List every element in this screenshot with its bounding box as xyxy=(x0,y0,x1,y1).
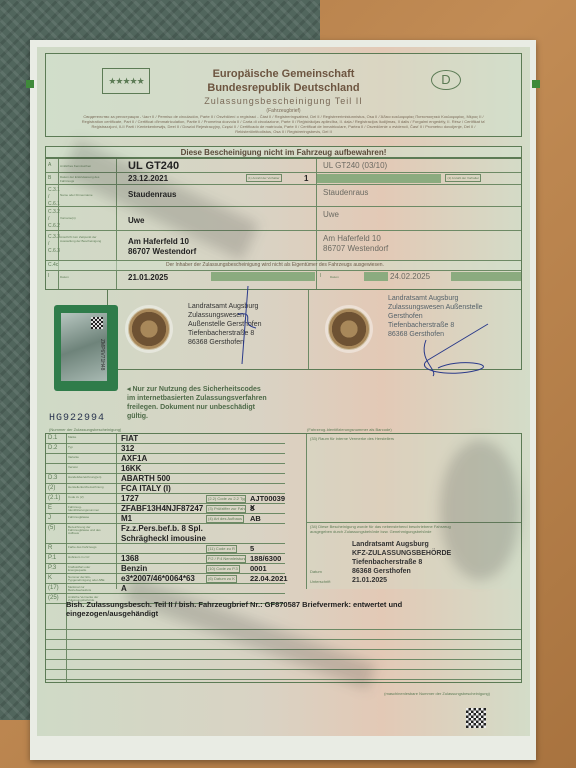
field-value: A xyxy=(121,584,127,593)
field-value: AXF1A xyxy=(121,454,147,463)
row-c31: C.3.1 / C.6.1 Name oder Firmenname Staud… xyxy=(46,185,521,207)
row-c33: C.3.3 / C.6.3 Anschrift zum Zeitpunkt de… xyxy=(46,231,521,261)
datamatrix-code-icon xyxy=(466,708,486,728)
field-value: 16KK xyxy=(121,464,141,473)
field-code: I xyxy=(320,273,321,280)
field-label: Fahrzeugklasse xyxy=(68,516,108,519)
issue-date-copy: 24.02.2025 xyxy=(390,272,430,281)
field-label: Datum der Erstzulassung des Fahrzeugs xyxy=(60,175,110,183)
row-c32: C.3.2 / C.6.2 Vorname(n) Uwe Uwe xyxy=(46,207,521,231)
previous-owners-label-copy: (1) Anzahl der Vorhalter xyxy=(445,174,481,182)
previous-owners-label: (1) Anzahl der Vorhalter xyxy=(246,174,282,182)
plate-number: UL GT240 xyxy=(128,160,179,172)
margin-marker xyxy=(26,80,34,88)
vehicle-row: VarianteAXF1A xyxy=(46,454,285,464)
official-seal-icon xyxy=(128,308,170,350)
vehicle-row: D.1MarkeFIAT xyxy=(46,434,285,444)
authority-line: 86368 Gersthofen xyxy=(388,330,483,339)
field-label: Kraftstoffart oder Energiequelle xyxy=(68,566,108,572)
signature-label: Unterschrift xyxy=(310,579,330,584)
previous-owners-count: 1 xyxy=(304,174,308,183)
field-code: J xyxy=(48,515,51,521)
authority-line: Landratsamt Augsburg xyxy=(388,294,483,303)
field-label: Herstellerkurzbezeichnung xyxy=(68,486,108,489)
multilanguage-titles: Свидетелство за регистрация - Част II / … xyxy=(76,114,491,134)
field-code: P.3 xyxy=(48,565,56,571)
field-value: Benzin xyxy=(121,564,147,573)
authority-line: Tiefenbacherstraße 8 xyxy=(352,558,451,567)
security-hologram: ZMP6V71H48 xyxy=(54,305,118,391)
field-label: Datum xyxy=(60,275,110,279)
manufacturer-caption: (33) Raum für interne Vermerke des Herst… xyxy=(310,436,394,441)
authority-line: 86368 Gersthofen xyxy=(188,338,262,347)
vehicle-row: (2.1)Code zu (2)1727(2.2) Code zu 2.2 Ty… xyxy=(46,494,285,504)
holder-street: Am Haferfeld 10 xyxy=(128,237,189,246)
divider xyxy=(308,290,309,369)
ownership-notice: Der Inhaber der Zulassungsbescheinigung … xyxy=(166,262,384,268)
qr-code-icon xyxy=(91,317,103,329)
vehicle-row: RFarbe des Fahrzeugs(11) Code zu R5 xyxy=(46,544,285,554)
field-code: R xyxy=(48,545,52,551)
holder-first-name: Uwe xyxy=(128,216,144,225)
field-box-value: 188/6300 xyxy=(250,554,281,563)
security-note-text: Nur zur Nutzung des Sicherheitscodes im … xyxy=(127,386,267,420)
field-label: Nummer der EG-Typgenehmigung oder ABE xyxy=(68,576,108,582)
registration-certificate: ★★★★★ Europäische Gemeinschaft Bundesrep… xyxy=(30,40,536,760)
row-c4c: C.4c Der Inhaber der Zulassungsbescheini… xyxy=(46,261,521,271)
vin-barcode-caption: (Fahrzeug-Identifizierungsnummer als Bar… xyxy=(307,427,392,432)
warning-banner: Diese Bescheinigung nicht im Fahrzeug au… xyxy=(45,146,522,158)
final-issue-date: 21.01.2025 xyxy=(352,576,451,585)
field-label: Anschrift zum Zeitpunkt der Ausstellung … xyxy=(60,235,110,243)
security-note: ◂ Nur zur Nutzung des Sicherheitscodes i… xyxy=(127,385,267,421)
filled-area xyxy=(364,272,388,281)
authority-line: 86368 Gersthofen xyxy=(352,567,451,576)
field-code: D.2 xyxy=(48,445,57,451)
field-code: D.1 xyxy=(48,435,57,441)
field-value: M1 xyxy=(121,514,132,523)
authority-line: Zulassungswesen xyxy=(188,311,262,320)
form-body: ★★★★★ Europäische Gemeinschaft Bundesrep… xyxy=(37,47,530,736)
remarks: Bish. Zulassungsbesch. Teil II / bish. F… xyxy=(66,600,402,618)
vehicle-row: (5)Bezeichnung der Fahrzeugklasse und de… xyxy=(46,524,285,544)
field-value: 312 xyxy=(121,444,134,453)
empty-remarks-lines xyxy=(46,620,521,682)
vehicle-row: P.1Hubraum in cm³1368P.2 / P.4 Nennleist… xyxy=(46,554,285,564)
field-box-value: 22.04.2021 xyxy=(250,574,288,583)
authority-line: KFZ-ZULASSUNGSBEHÖRDE xyxy=(352,549,451,558)
field-value: ABARTH 500 xyxy=(121,474,170,483)
field-label: Code zu (2) xyxy=(68,496,108,499)
security-code-field: ZMP6V71H48 xyxy=(61,313,107,381)
field-code: D.3 xyxy=(48,475,57,481)
field-box-value: 8 xyxy=(250,504,254,513)
field-code: K xyxy=(48,575,52,581)
vehicle-row: (2)HerstellerkurzbezeichnungFCA ITALY (I… xyxy=(46,484,285,494)
field-box-label: (11) Code zu R xyxy=(206,545,237,553)
filled-area xyxy=(317,174,441,183)
field-code: B xyxy=(48,175,51,182)
field-label: Merkmal zur Betriebserlaubnis xyxy=(68,586,108,592)
filled-area xyxy=(451,272,521,281)
field-code: (2.1) xyxy=(48,495,60,501)
vehicle-row: P.3Kraftstoffart oder EnergiequelleBenzi… xyxy=(46,564,285,574)
field-code: P.1 xyxy=(48,555,56,561)
field-box-label: (2.2) Code zu 2.2 Typ/Var/Version xyxy=(206,495,246,503)
field-box-label: (3) Prüfziffer zur Fahrzeug-Ident.-Nr. xyxy=(206,505,246,513)
hologram-code: ZMP6V71H48 xyxy=(99,339,105,370)
authority-line: Landratsamt Augsburg xyxy=(352,540,451,549)
authority-line: Zulassungswesen Außenstelle xyxy=(388,303,483,312)
field-label: Vorname(n) xyxy=(60,216,110,220)
issuing-authority-left: Landratsamt Augsburg Zulassungswesen Auß… xyxy=(188,302,262,347)
plate-number-copy: UL GT240 (03/10) xyxy=(323,161,387,170)
issuing-authority-final: Landratsamt Augsburg KFZ-ZULASSUNGSBEHÖR… xyxy=(352,540,451,585)
field-box-value: AB xyxy=(250,514,261,523)
field-code: C.4c xyxy=(48,262,58,269)
field-value: FIAT xyxy=(121,434,138,443)
field-value: e3*2007/46*0064*63 xyxy=(121,574,195,583)
authority-line: Gersthofen xyxy=(388,312,483,321)
holder-city-copy: 86707 Westendorf xyxy=(323,244,388,253)
issue-date: 21.01.2025 xyxy=(128,273,168,282)
remarks-line: Bish. Zulassungsbesch. Teil II / bish. F… xyxy=(66,600,402,609)
field-code: C.3.2 / C.6.2 xyxy=(48,209,60,230)
remarks-line: eingezogen/ausgehändigt xyxy=(66,609,402,618)
vehicle-row: KNummer der EG-Typgenehmigung oder ABEe3… xyxy=(46,574,285,584)
issue-caption: (34) Diese Bescheinigung wurde für das n… xyxy=(310,524,470,534)
vehicle-row: (17)Merkmal zur BetriebserlaubnisA xyxy=(46,584,285,594)
field-label: Fahrzeug-Identifizierungsnummer xyxy=(68,506,108,512)
field-value: 1368 xyxy=(121,554,139,563)
authority-line: Tiefenbacherstraße 8 xyxy=(188,329,262,338)
authority-line: Landratsamt Augsburg xyxy=(188,302,262,311)
field-box-value: 5 xyxy=(250,544,254,553)
field-value: FCA ITALY (I) xyxy=(121,484,171,493)
row-i: I Datum 21.01.2025 I Datum 24.02.2025 xyxy=(46,271,521,283)
field-label: Amtliches Kennzeichen xyxy=(60,164,110,168)
margin-marker xyxy=(532,80,540,88)
vehicle-data-section: (33) Raum für interne Vermerke des Herst… xyxy=(45,433,522,683)
field-label: Name oder Firmenname xyxy=(60,193,110,197)
divider xyxy=(307,522,521,523)
document-number-caption: (Nummer der Zulassungsbescheinigung) xyxy=(49,427,121,432)
field-label: Typ xyxy=(68,446,108,449)
header: ★★★★★ Europäische Gemeinschaft Bundesrep… xyxy=(45,53,522,137)
date-label: Datum xyxy=(310,569,322,574)
vehicle-row: Version16KK xyxy=(46,464,285,474)
authority-line: Tiefenbacherstraße 8 xyxy=(388,321,483,330)
field-code: C.3.1 / C.6.1 xyxy=(48,187,60,208)
machine-number-caption: (maschinenlesbare Nummer der Zulassungsb… xyxy=(384,691,490,696)
field-value: ZFABF13H4NJF87247 xyxy=(121,504,203,513)
authority-line: Außenstelle Gersthofen xyxy=(188,320,262,329)
header-doc-title: Zulassungsbescheinigung Teil II xyxy=(46,96,521,106)
field-code: (2) xyxy=(48,485,55,491)
remarks-block: Bish. Zulassungsbesch. Teil II / bish. F… xyxy=(46,600,521,622)
field-code: A xyxy=(48,162,51,169)
field-box-label: (6) Datum zu K xyxy=(206,575,237,583)
document-number: HG922994 xyxy=(49,413,105,424)
field-code: I xyxy=(48,273,49,280)
row-a: A Amtliches Kennzeichen UL GT240 UL GT24… xyxy=(46,159,521,173)
filled-area xyxy=(211,272,315,281)
field-box-label: (10) Code zu P.3 xyxy=(206,565,240,573)
holder-last-name-copy: Staudenraus xyxy=(323,188,368,197)
field-box-value: 0001 xyxy=(250,564,267,573)
country-code-badge: D xyxy=(431,70,461,90)
field-code: C.3.3 / C.6.3 xyxy=(48,234,60,255)
vehicle-row: JFahrzeugklasseM1(4) Art des AufbausAB xyxy=(46,514,285,524)
vehicle-row: D.3Handelsbezeichnung(en)ABARTH 500 xyxy=(46,474,285,484)
field-value: Schrägheckl imousine xyxy=(121,534,206,543)
vehicle-row: EFahrzeug-IdentifizierungsnummerZFABF13H… xyxy=(46,504,285,514)
field-value: Fz.z.Pers.bef.b. 8 Spl. xyxy=(121,524,203,533)
holder-last-name: Staudenraus xyxy=(128,190,176,199)
field-label: Variante xyxy=(68,456,108,459)
field-code: (5) xyxy=(48,525,55,531)
field-label: Farbe des Fahrzeugs xyxy=(68,546,108,549)
holder-street-copy: Am Haferfeld 10 xyxy=(323,234,381,243)
issuing-authority-right: Landratsamt Augsburg Zulassungswesen Auß… xyxy=(388,294,483,339)
vehicle-row: D.2Typ312 xyxy=(46,444,285,454)
holder-city: 86707 Westendorf xyxy=(128,247,196,256)
field-value: 1727 xyxy=(121,494,139,503)
field-box-label: P.2 / P.4 Nennleistung in kW / Nenndrehz… xyxy=(206,555,246,563)
field-label: Bezeichnung der Fahrzeugklasse und des A… xyxy=(68,526,108,535)
field-code: E xyxy=(48,505,52,511)
field-label: Hubraum in cm³ xyxy=(68,556,108,559)
holder-section: A Amtliches Kennzeichen UL GT240 UL GT24… xyxy=(45,158,522,290)
field-label: Marke xyxy=(68,436,108,439)
field-box-label: (4) Art des Aufbaus xyxy=(206,515,244,523)
field-code: (17) xyxy=(48,585,59,591)
field-label: Version xyxy=(68,466,108,469)
authority-section: Landratsamt Augsburg Zulassungswesen Auß… xyxy=(107,290,522,370)
field-label: Handelsbezeichnung(en) xyxy=(68,476,108,479)
first-registration-date: 23.12.2021 xyxy=(128,174,168,183)
row-b: B Datum der Erstzulassung des Fahrzeugs … xyxy=(46,173,521,185)
manufacturer-notes-panel: (33) Raum für interne Vermerke des Herst… xyxy=(306,434,521,589)
holder-first-name-copy: Uwe xyxy=(323,210,339,219)
official-seal-icon xyxy=(328,308,370,350)
